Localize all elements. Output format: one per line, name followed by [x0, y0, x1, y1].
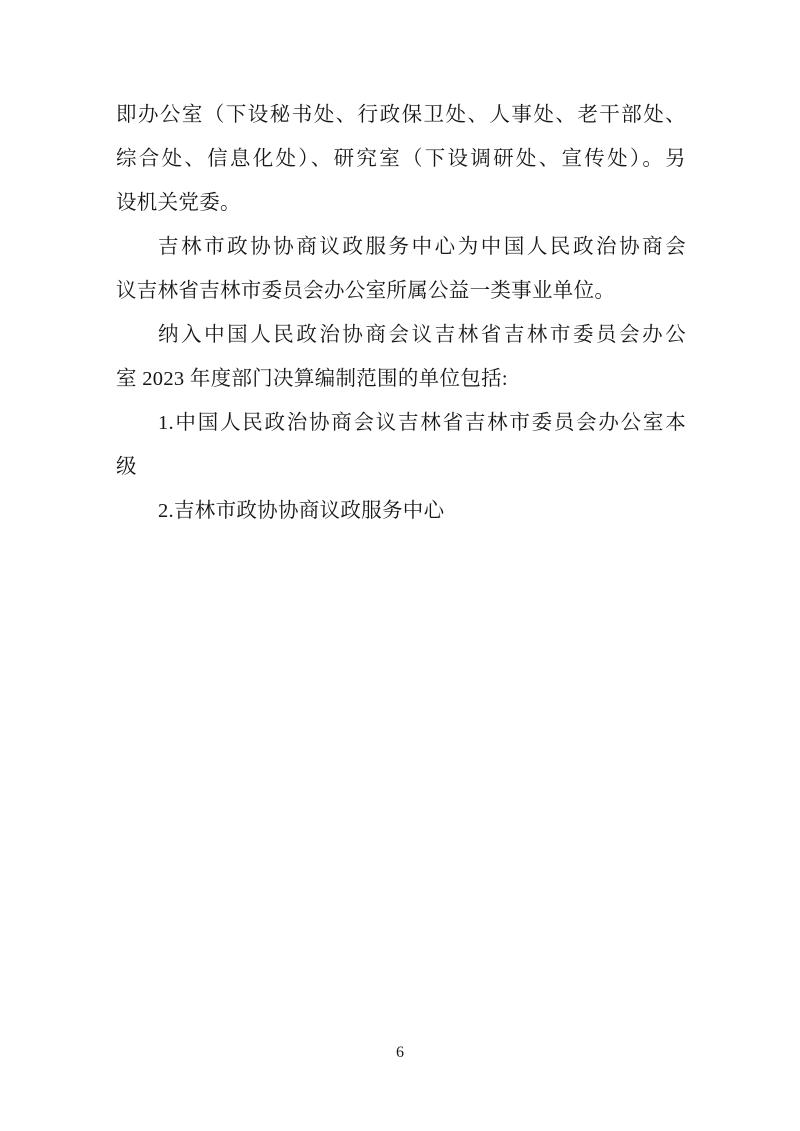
text-line: 综合处、信息化处）、研究室（下设调研处、宣传处）。另	[116, 137, 686, 181]
paragraph: 即办公室（下设秘书处、行政保卫处、人事处、老干部处、 综合处、信息化处）、研究室…	[116, 93, 686, 225]
document-text-block: 即办公室（下设秘书处、行政保卫处、人事处、老干部处、 综合处、信息化处）、研究室…	[116, 93, 686, 533]
text-line: 室 2023 年度部门决算编制范围的单位包括:	[116, 357, 686, 401]
paragraph: 吉林市政协协商议政服务中心为中国人民政治协商会 议吉林省吉林市委员会办公室所属公…	[116, 225, 686, 313]
text-line: 吉林市政协协商议政服务中心为中国人民政治协商会	[116, 225, 686, 269]
paragraph: 纳入中国人民政治协商会议吉林省吉林市委员会办公 室 2023 年度部门决算编制范…	[116, 313, 686, 401]
document-page: 即办公室（下设秘书处、行政保卫处、人事处、老干部处、 综合处、信息化处）、研究室…	[0, 0, 800, 1131]
page-number: 6	[0, 1042, 800, 1064]
text-line: 议吉林省吉林市委员会办公室所属公益一类事业单位。	[116, 269, 686, 313]
text-line: 即办公室（下设秘书处、行政保卫处、人事处、老干部处、	[116, 93, 686, 137]
list-item-paragraph: 2.吉林市政协协商议政服务中心	[116, 489, 686, 533]
text-line: 2.吉林市政协协商议政服务中心	[116, 489, 686, 533]
list-item-paragraph: 1.中国人民政治协商会议吉林省吉林市委员会办公室本 级	[116, 401, 686, 489]
text-line: 纳入中国人民政治协商会议吉林省吉林市委员会办公	[116, 313, 686, 357]
text-line: 级	[116, 445, 686, 489]
text-line: 设机关党委。	[116, 181, 686, 225]
text-line: 1.中国人民政治协商会议吉林省吉林市委员会办公室本	[116, 401, 686, 445]
